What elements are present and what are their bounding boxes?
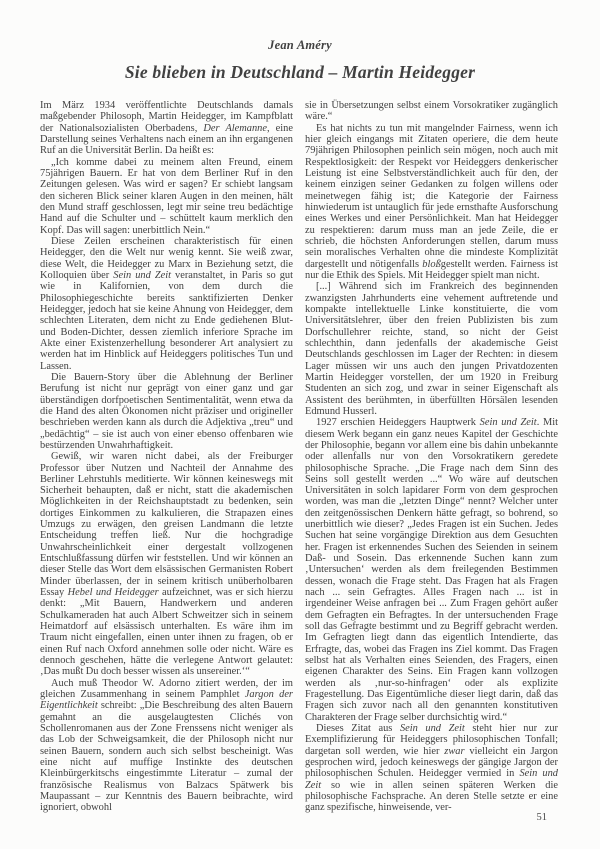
text-run: so wie in allen seinen späteren Werken d… xyxy=(305,780,558,814)
paragraph: Diese Zeilen erscheinen charakteristisch… xyxy=(40,236,293,372)
italic-text-run: Hebel und Heidegger xyxy=(68,587,159,598)
text-run: aufzeichnet, was er sich hierzu denkt: „… xyxy=(40,587,293,677)
text-run: sie in Übersetzungen selbst einem Vorsok… xyxy=(305,100,558,122)
paragraph: 1927 erschien Heideggers Hauptwerk Sein … xyxy=(305,417,558,723)
page-header: Jean Améry Sie blieben in Deutschland – … xyxy=(0,0,600,83)
left-column: Im März 1934 veröffentlichte Deutschland… xyxy=(40,100,293,814)
paragraph: Dieses Zitat aus Sein und Zeit steht hie… xyxy=(305,723,558,814)
text-run: Dieses Zitat aus xyxy=(316,723,400,734)
italic-text-run: bloß xyxy=(422,259,440,270)
text-run: Die Bauern-Story über die Ablehnung der … xyxy=(40,372,293,451)
author-name: Jean Améry xyxy=(0,38,600,52)
paragraph: Im März 1934 veröffentlichte Deutschland… xyxy=(40,100,293,157)
paragraph: Es hat nichts zu tun mit mangelnder Fair… xyxy=(305,123,558,282)
text-run: veranstaltet, in Paris so gut wie in Kal… xyxy=(40,270,293,372)
text-run: Es hat nichts zu tun mit mangelnder Fair… xyxy=(305,123,558,270)
text-run: schreibt: „Die Beschreibung des alten Ba… xyxy=(40,700,293,813)
right-column: sie in Übersetzungen selbst einem Vorsok… xyxy=(305,100,558,814)
text-run: . Mit diesem Werk begann ein ganz neues … xyxy=(305,417,558,723)
italic-text-run: Sein und Zeit xyxy=(480,417,537,428)
text-columns: Im März 1934 veröffentlichte Deutschland… xyxy=(40,100,558,814)
text-run: Gewiß, wir waren nicht dabei, als der Fr… xyxy=(40,451,293,598)
text-run: „Ich komme dabei zu meinem alten Freund,… xyxy=(40,157,293,236)
paragraph: „Ich komme dabei zu meinem alten Freund,… xyxy=(40,157,293,236)
italic-text-run: zwar xyxy=(444,746,464,757)
paragraph: [...] Während sich im Frankreich des beg… xyxy=(305,281,558,417)
paragraph: Die Bauern-Story über die Ablehnung der … xyxy=(40,372,293,451)
text-run: 1927 erschien Heideggers Hauptwerk xyxy=(316,417,480,428)
document-page: Jean Améry Sie blieben in Deutschland – … xyxy=(0,0,600,849)
paragraph: Gewiß, wir waren nicht dabei, als der Fr… xyxy=(40,451,293,678)
paragraph: Auch muß Theodor W. Adorno zitiert werde… xyxy=(40,678,293,814)
italic-text-run: Sein und Zeit xyxy=(400,723,465,734)
page-title: Sie blieben in Deutschland – Martin Heid… xyxy=(0,61,600,83)
paragraph: sie in Übersetzungen selbst einem Vorsok… xyxy=(305,100,558,123)
italic-text-run: Der Alemanne xyxy=(203,123,267,134)
page-number: 51 xyxy=(537,812,548,823)
text-run: [...] Während sich im Frankreich des beg… xyxy=(305,281,558,417)
italic-text-run: Sein und Zeit xyxy=(113,270,171,281)
